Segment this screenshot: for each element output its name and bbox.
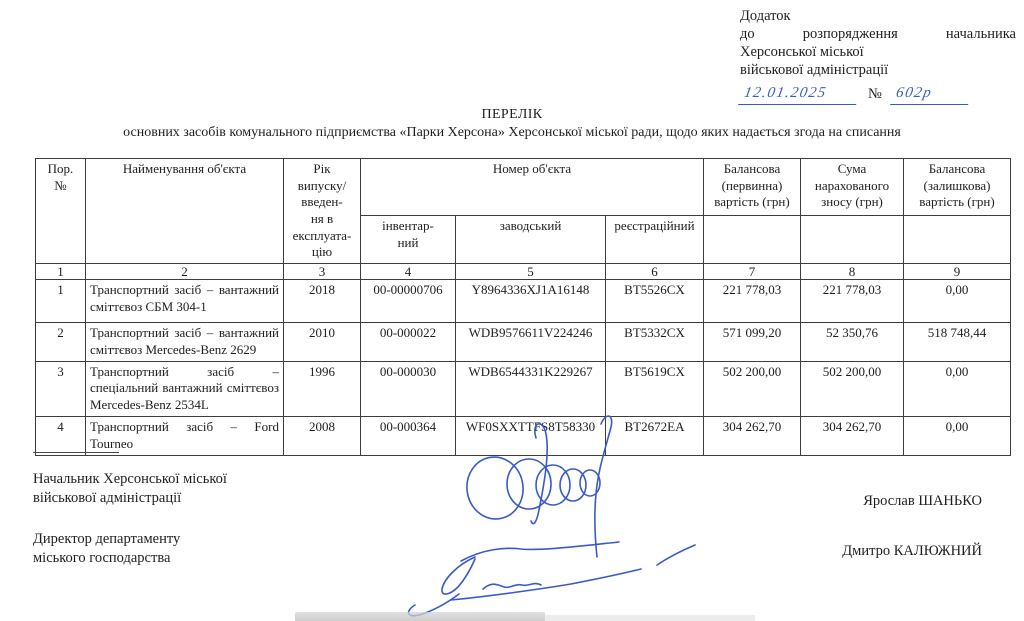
subcol-empty-depreciation: [801, 215, 904, 263]
table-row: 1 Транспортний засіб – вантажний сміттєв…: [36, 279, 1011, 322]
colnum-4: 4: [361, 263, 456, 279]
subcol-header-inventory: інвентар- ний: [361, 215, 456, 263]
cell-inventory: 00-00000706: [361, 279, 456, 322]
colnum-5: 5: [456, 263, 606, 279]
col-header-object-number: Номер об'єкта: [361, 159, 704, 216]
annex-line-4: військової адміністрації: [740, 62, 1016, 80]
footnote-separator-line: [33, 452, 119, 453]
cell-initial: 221 778,03: [704, 279, 801, 322]
annex-line-2: до розпорядження начальника: [740, 26, 1016, 44]
cell-no: 3: [36, 361, 86, 417]
annex-note: Додаток до розпорядження начальника Херс…: [740, 8, 1016, 104]
cell-no: 4: [36, 417, 86, 456]
signatory-name-1: Ярослав ШАНЬКО: [863, 493, 982, 510]
col-header-residual-value: Балансова (залишкова) вартість (грн): [904, 159, 1011, 216]
cell-registration: BT5332CX: [606, 322, 704, 361]
cell-year: 2018: [284, 279, 361, 322]
number-sign: №: [868, 86, 882, 105]
page-title: ПЕРЕЛІК: [0, 107, 1024, 123]
scan-smudge-2: [545, 615, 755, 621]
colnum-7: 7: [704, 263, 801, 279]
cell-residual: 0,00: [904, 417, 1011, 456]
colnum-1: 1: [36, 263, 86, 279]
cell-no: 2: [36, 322, 86, 361]
cell-depreciation: 304 262,70: [801, 417, 904, 456]
cell-year: 1996: [284, 361, 361, 417]
subcol-header-registration: реєстраційний: [606, 215, 704, 263]
colnum-2: 2: [86, 263, 284, 279]
cell-name: Транспортний засіб – Ford Tourneo: [86, 417, 284, 456]
annex-line-3: Херсонської міської: [740, 44, 1016, 62]
cell-residual: 518 748,44: [904, 322, 1011, 361]
cell-inventory: 00-000022: [361, 322, 456, 361]
signatory-position-2: Директор департаменту міського господарс…: [33, 530, 180, 568]
cell-residual: 0,00: [904, 361, 1011, 417]
cell-year: 2008: [284, 417, 361, 456]
signatory-name-2: Дмитро КАЛЮЖНИЙ: [842, 543, 982, 560]
cell-depreciation: 52 350,76: [801, 322, 904, 361]
cell-name: Транспортний засіб – спеціальний вантажн…: [86, 361, 284, 417]
subcol-empty-initial: [704, 215, 801, 263]
cell-depreciation: 502 200,00: [801, 361, 904, 417]
signatory-position-1: Начальник Херсонської міської військової…: [33, 470, 227, 508]
handwritten-date: 12.01.2025: [738, 84, 860, 105]
handwritten-order-number: 602р: [890, 84, 972, 105]
colnum-8: 8: [801, 263, 904, 279]
order-date-number-row: 12.01.2025 № 602р: [740, 84, 1016, 105]
cell-residual: 0,00: [904, 279, 1011, 322]
colnum-9: 9: [904, 263, 1011, 279]
cell-no: 1: [36, 279, 86, 322]
cell-registration: BT5526CX: [606, 279, 704, 322]
col-header-no: Пор. №: [36, 159, 86, 264]
page-subtitle: основних засобів комунального підприємст…: [0, 125, 1024, 141]
cell-factory: WDB9576611V224246: [456, 322, 606, 361]
handwritten-signatures: [395, 408, 735, 621]
colnum-6: 6: [606, 263, 704, 279]
colnum-3: 3: [284, 263, 361, 279]
document-page: Додаток до розпорядження начальника Херс…: [0, 0, 1024, 621]
cell-depreciation: 221 778,03: [801, 279, 904, 322]
annex-line-1: Додаток: [740, 8, 1016, 26]
table-row: 2 Транспортний засіб – вантажний сміттєв…: [36, 322, 1011, 361]
cell-year: 2010: [284, 322, 361, 361]
col-header-year: Рік випуску/ введен- ня в експлуата- цію: [284, 159, 361, 264]
subcol-empty-residual: [904, 215, 1011, 263]
scan-smudge: [295, 612, 545, 621]
column-numbering-row: 1 2 3 4 5 6 7 8 9: [36, 263, 1011, 279]
col-header-name: Найменування об'єкта: [86, 159, 284, 264]
col-header-initial-value: Балансова (первинна) вартість (грн): [704, 159, 801, 216]
cell-initial: 571 099,20: [704, 322, 801, 361]
cell-factory: Y8964336XJ1A16148: [456, 279, 606, 322]
col-header-depreciation: Сума нарахованого зносу (грн): [801, 159, 904, 216]
cell-name: Транспортний засіб – вантажний сміттєвоз…: [86, 322, 284, 361]
cell-name: Транспортний засіб – вантажний сміттєвоз…: [86, 279, 284, 322]
subcol-header-factory: заводський: [456, 215, 606, 263]
